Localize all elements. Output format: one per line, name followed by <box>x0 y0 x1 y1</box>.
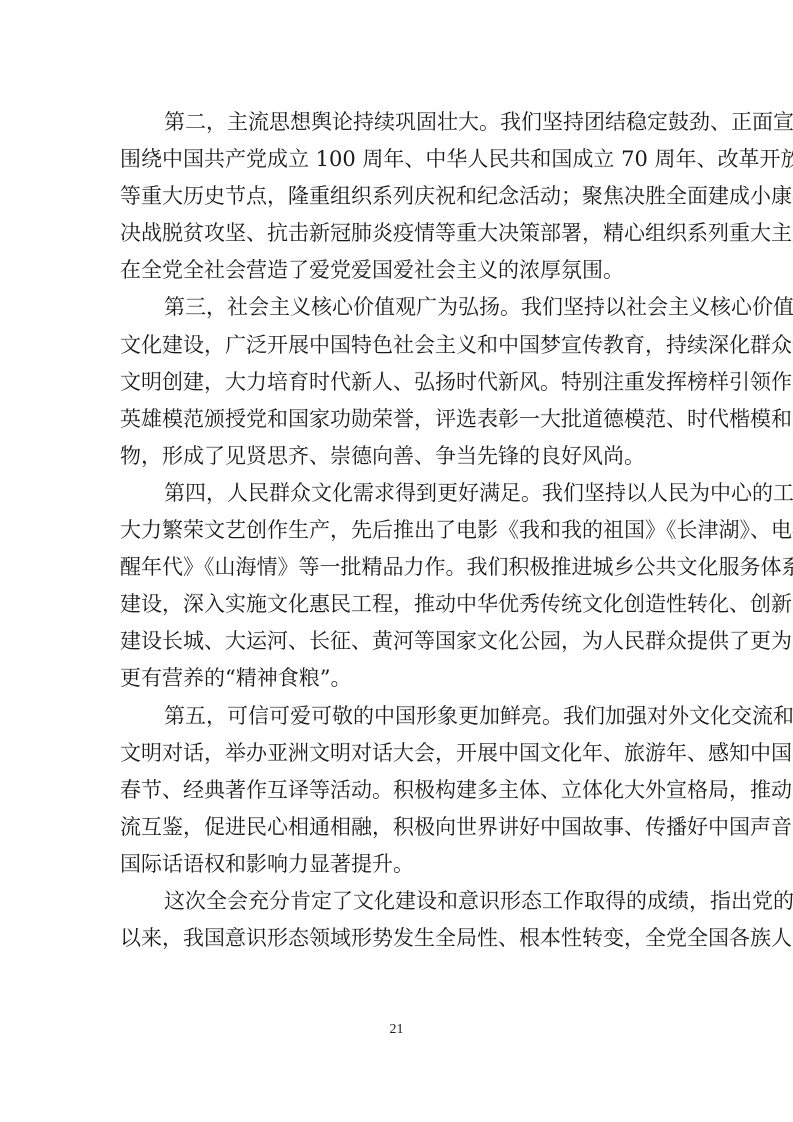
text-line: 第二，主流思想舆论持续巩固壮大。我们坚持团结稳定鼓劲、正面宣传为主， <box>120 104 673 141</box>
text-line: 围绕中国共产党成立 100 周年、中华人民共和国成立 70 周年、改革开放 40… <box>120 141 673 178</box>
document-page: 第二，主流思想舆论持续巩固壮大。我们坚持团结稳定鼓劲、正面宣传为主， 围绕中国共… <box>0 0 793 1122</box>
text-line: 大力繁荣文艺创作生产，先后推出了电影《我和我的祖国》《长津湖》、电视剧《觉 <box>120 512 673 549</box>
text-line: 第三，社会主义核心价值观广为弘扬。我们坚持以社会主义核心价值观引领 <box>120 289 673 326</box>
text-line: 在全党全社会营造了爱党爱国爱社会主义的浓厚氛围。 <box>120 252 673 289</box>
paragraph-second: 第二，主流思想舆论持续巩固壮大。我们坚持团结稳定鼓劲、正面宣传为主， 围绕中国共… <box>120 104 673 289</box>
text-line: 建设，深入实施文化惠民工程，推动中华优秀传统文化创造性转化、创新性发展， <box>120 586 673 623</box>
page-number: 21 <box>0 1022 793 1038</box>
text-line: 流互鉴，促进民心相通相融，积极向世界讲好中国故事、传播好中国声音，我国 <box>120 809 673 846</box>
paragraph-plenary-summary: 这次全会充分肯定了文化建设和意识形态工作取得的成绩，指出党的十八大 以来，我国意… <box>120 883 673 957</box>
text-line: 建设长城、大运河、长征、黄河等国家文化公园，为人民群众提供了更为丰富、 <box>120 623 673 660</box>
text-line: 决战脱贫攻坚、抗击新冠肺炎疫情等重大决策部署，精心组织系列重大主题宣传， <box>120 215 673 252</box>
text-line: 文明对话，举办亚洲文明对话大会，开展中国文化年、旅游年、感知中国、欢乐 <box>120 735 673 772</box>
text-line: 第五，可信可爱可敬的中国形象更加鲜亮。我们加强对外文化交流和多层次 <box>120 698 673 735</box>
text-line: 物，形成了见贤思齐、崇德向善、争当先锋的良好风尚。 <box>120 438 673 475</box>
text-line: 国际话语权和影响力显著提升。 <box>120 846 673 883</box>
text-line: 更有营养的“精神食粮”。 <box>120 660 673 697</box>
paragraph-third: 第三，社会主义核心价值观广为弘扬。我们坚持以社会主义核心价值观引领 文化建设，广… <box>120 289 673 474</box>
text-line: 等重大历史节点，隆重组织系列庆祝和纪念活动；聚焦决胜全面建成小康社会、 <box>120 178 673 215</box>
paragraph-fifth: 第五，可信可爱可敬的中国形象更加鲜亮。我们加强对外文化交流和多层次 文明对话，举… <box>120 698 673 883</box>
text-line: 英雄模范颁授党和国家功勋荣誉，评选表彰一大批道德模范、时代楷模和最美人 <box>120 401 673 438</box>
body-text: 第二，主流思想舆论持续巩固壮大。我们坚持团结稳定鼓劲、正面宣传为主， 围绕中国共… <box>120 104 673 957</box>
text-line: 以来，我国意识形态领域形势发生全局性、根本性转变，全党全国各族人民文化 <box>120 920 673 957</box>
paragraph-fourth: 第四，人民群众文化需求得到更好满足。我们坚持以人民为中心的工作导向， 大力繁荣文… <box>120 475 673 698</box>
text-line: 第四，人民群众文化需求得到更好满足。我们坚持以人民为中心的工作导向， <box>120 475 673 512</box>
text-line: 醒年代》《山海情》等一批精品力作。我们积极推进城乡公共文化服务体系一体 <box>120 549 673 586</box>
text-line: 文明创建，大力培育时代新人、弘扬时代新风。特别注重发挥榜样引领作用，为 <box>120 364 673 401</box>
text-line: 这次全会充分肯定了文化建设和意识形态工作取得的成绩，指出党的十八大 <box>120 883 673 920</box>
text-line: 文化建设，广泛开展中国特色社会主义和中国梦宣传教育，持续深化群众性精神 <box>120 327 673 364</box>
text-line: 春节、经典著作互译等活动。积极构建多主体、立体化大外宣格局，推动文化交 <box>120 772 673 809</box>
